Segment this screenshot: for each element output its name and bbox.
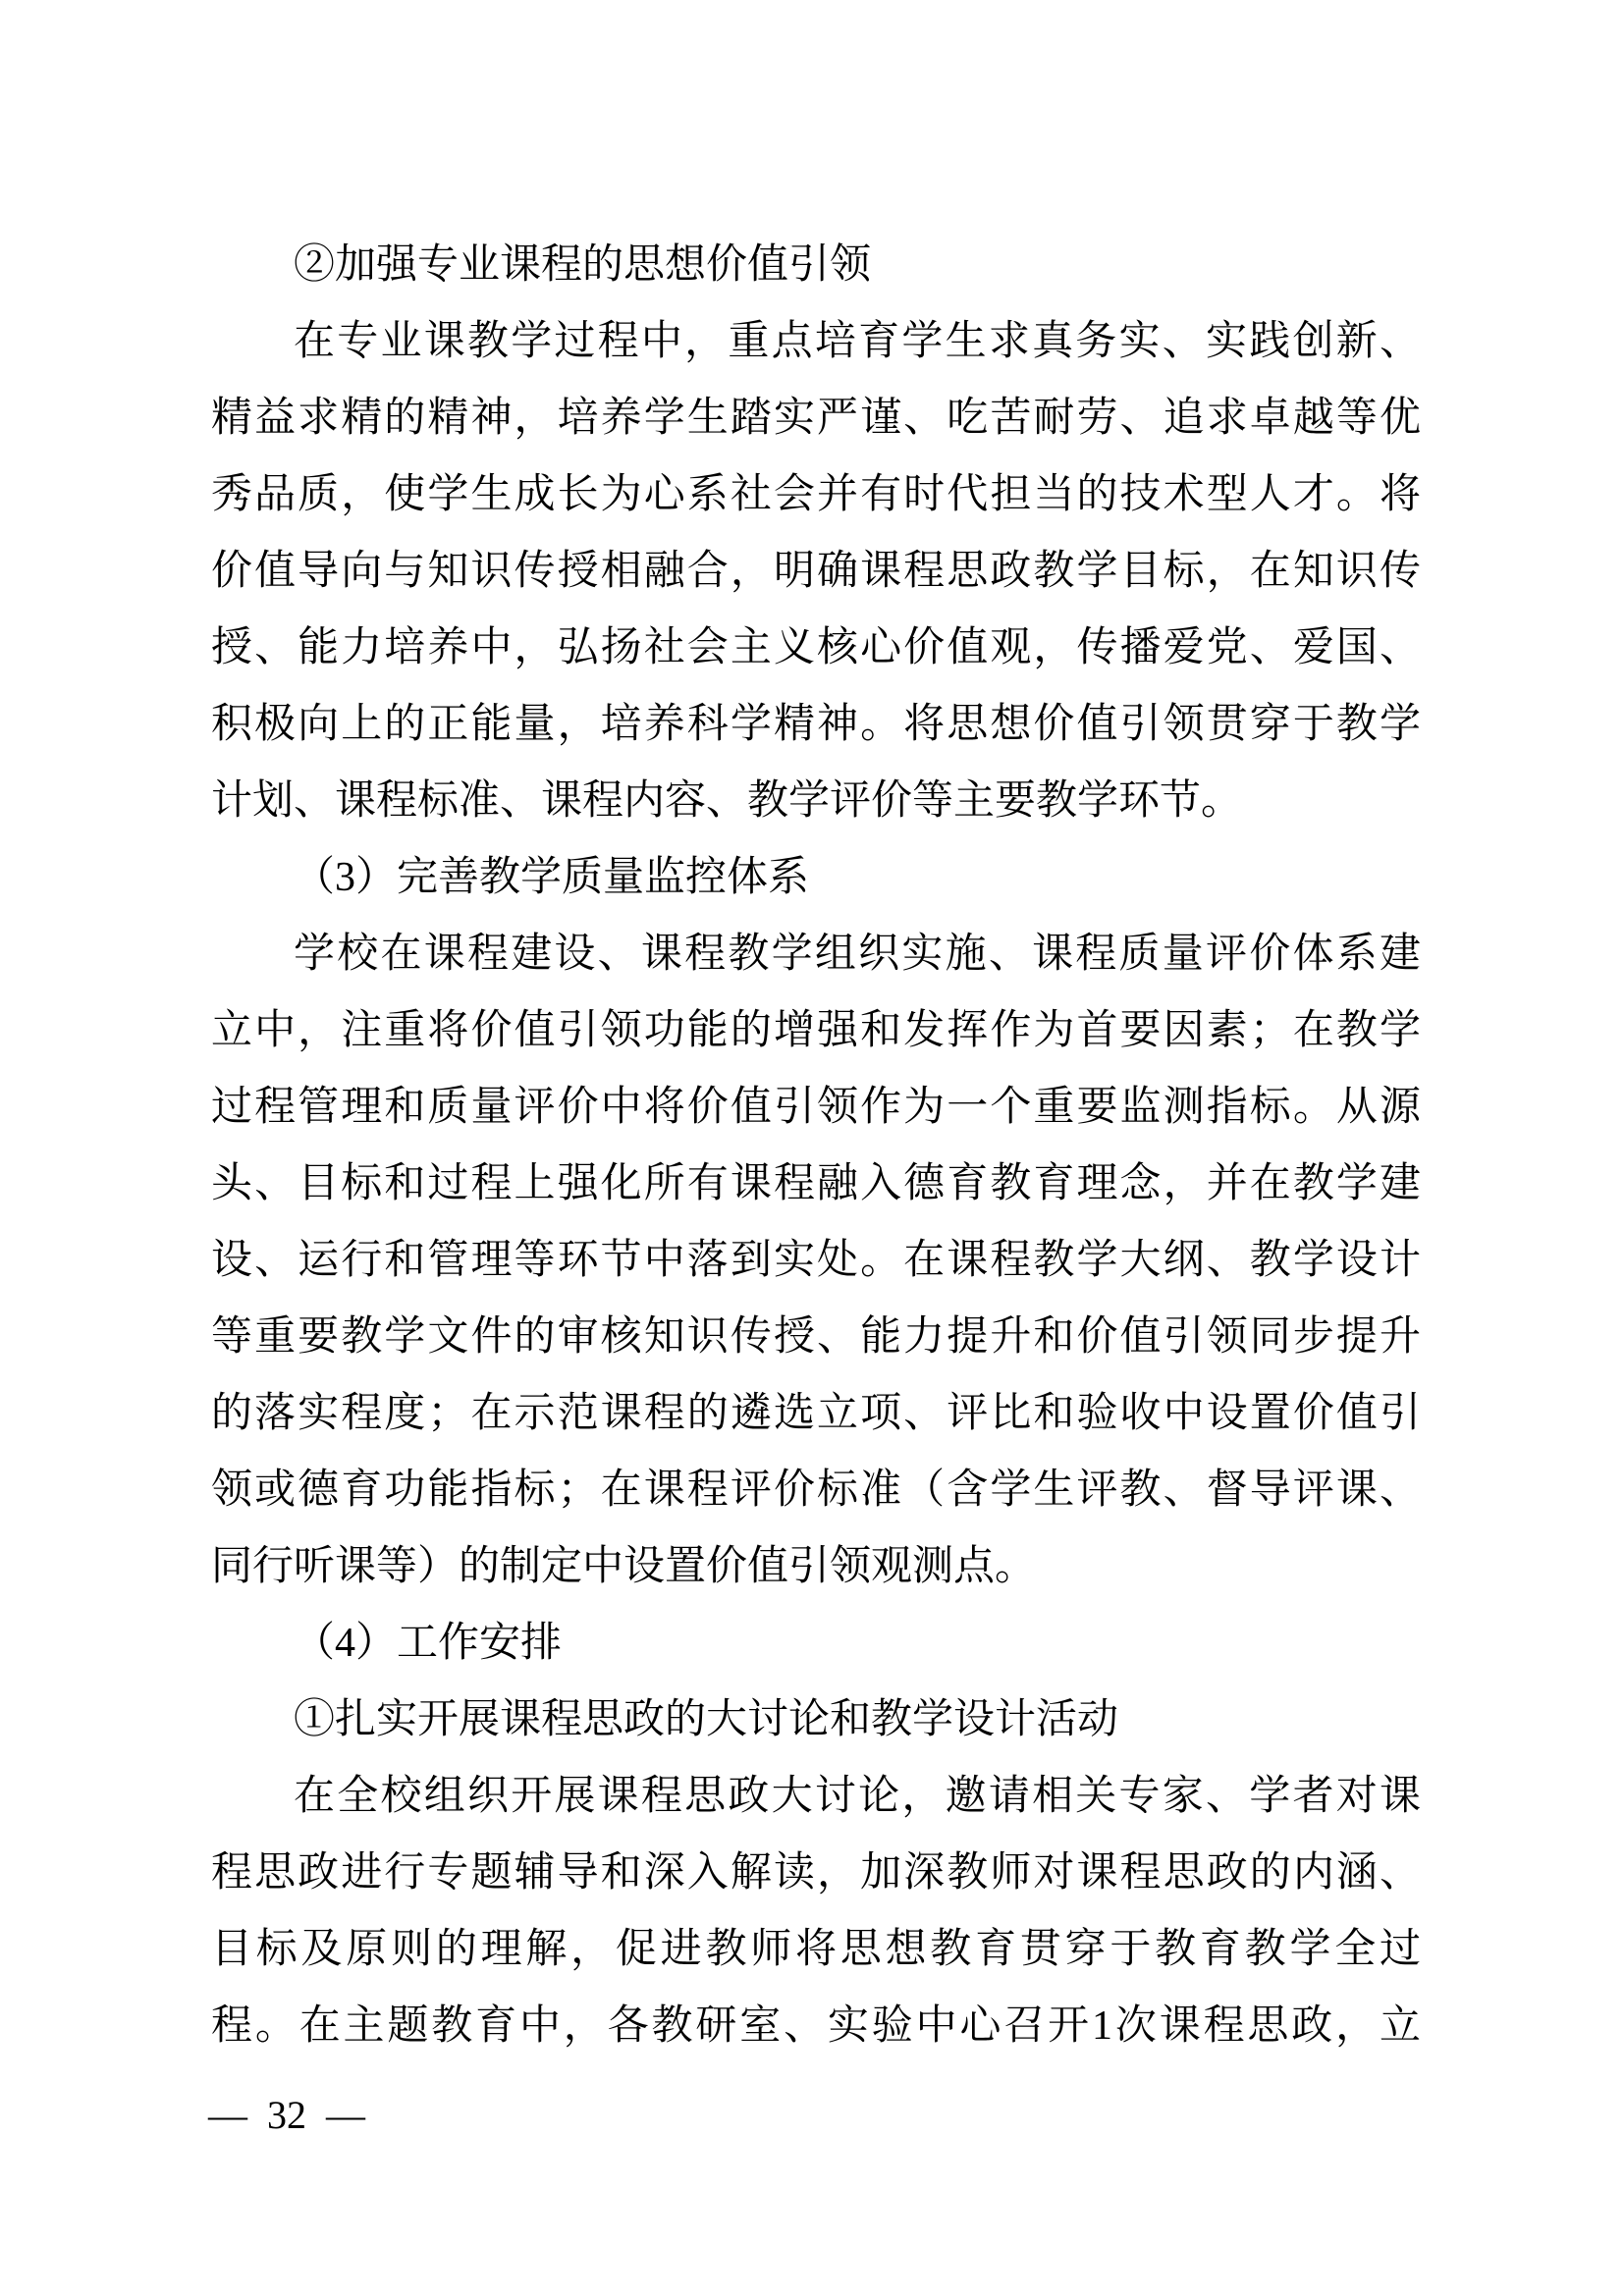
text-line: 设、运行和管理等环节中落到实处。在课程教学大纲、教学设计 (211, 1222, 1421, 1299)
heading-line: ②加强专业课程的思想价值引领 (211, 227, 1421, 303)
page-number: — 32 — (208, 2094, 365, 2137)
text-line: 头、目标和过程上强化所有课程融入德育教育理念，并在教学建 (211, 1146, 1421, 1222)
text-line: 等重要教学文件的审核知识传授、能力提升和价值引领同步提升 (211, 1299, 1421, 1375)
text-line: 立中，注重将价值引领功能的增强和发挥作为首要因素；在教学 (211, 992, 1421, 1069)
document-page: ②加强专业课程的思想价值引领 在专业课教学过程中，重点培育学生求真务实、实践创新… (0, 0, 1624, 2296)
text-line: 领或德育功能指标；在课程评价标准（含学生评教、督导评课、 (211, 1452, 1421, 1528)
text-line: 的落实程度；在示范课程的遴选立项、评比和验收中设置价值引 (211, 1375, 1421, 1452)
text-line: 授、能力培养中，弘扬社会主义核心价值观，传播爱党、爱国、 (211, 610, 1421, 686)
text-line: 程。在主题教育中，各教研室、实验中心召开1次课程思政，立 (211, 1988, 1421, 2064)
text-line: 价值导向与知识传授相融合，明确课程思政教学目标，在知识传 (211, 533, 1421, 610)
heading-line: ①扎实开展课程思政的大讨论和教学设计活动 (211, 1682, 1421, 1758)
text-line: 过程管理和质量评价中将价值引领作为一个重要监测指标。从源 (211, 1069, 1421, 1146)
text-line: 在专业课教学过程中，重点培育学生求真务实、实践创新、 (211, 303, 1421, 380)
text-line: 秀品质，使学生成长为心系社会并有时代担当的技术型人才。将 (211, 456, 1421, 533)
text-line: 同行听课等）的制定中设置价值引领观测点。 (211, 1528, 1421, 1605)
heading-line: （4）工作安排 (211, 1605, 1421, 1682)
text-line: 学校在课程建设、课程教学组织实施、课程质量评价体系建 (211, 916, 1421, 992)
text-line: 积极向上的正能量，培养科学精神。将思想价值引领贯穿于教学 (211, 686, 1421, 763)
text-line: 程思政进行专题辅导和深入解读，加深教师对课程思政的内涵、 (211, 1835, 1421, 1911)
text-line: 计划、课程标准、课程内容、教学评价等主要教学环节。 (211, 763, 1421, 839)
text-line: 在全校组织开展课程思政大讨论，邀请相关专家、学者对课 (211, 1758, 1421, 1835)
heading-line: （3）完善教学质量监控体系 (211, 839, 1421, 916)
text-line: 精益求精的精神，培养学生踏实严谨、吃苦耐劳、追求卓越等优 (211, 380, 1421, 456)
text-line: 目标及原则的理解，促进教师将思想教育贯穿于教育教学全过 (211, 1911, 1421, 1988)
document-body: ②加强专业课程的思想价值引领 在专业课教学过程中，重点培育学生求真务实、实践创新… (211, 227, 1421, 2064)
